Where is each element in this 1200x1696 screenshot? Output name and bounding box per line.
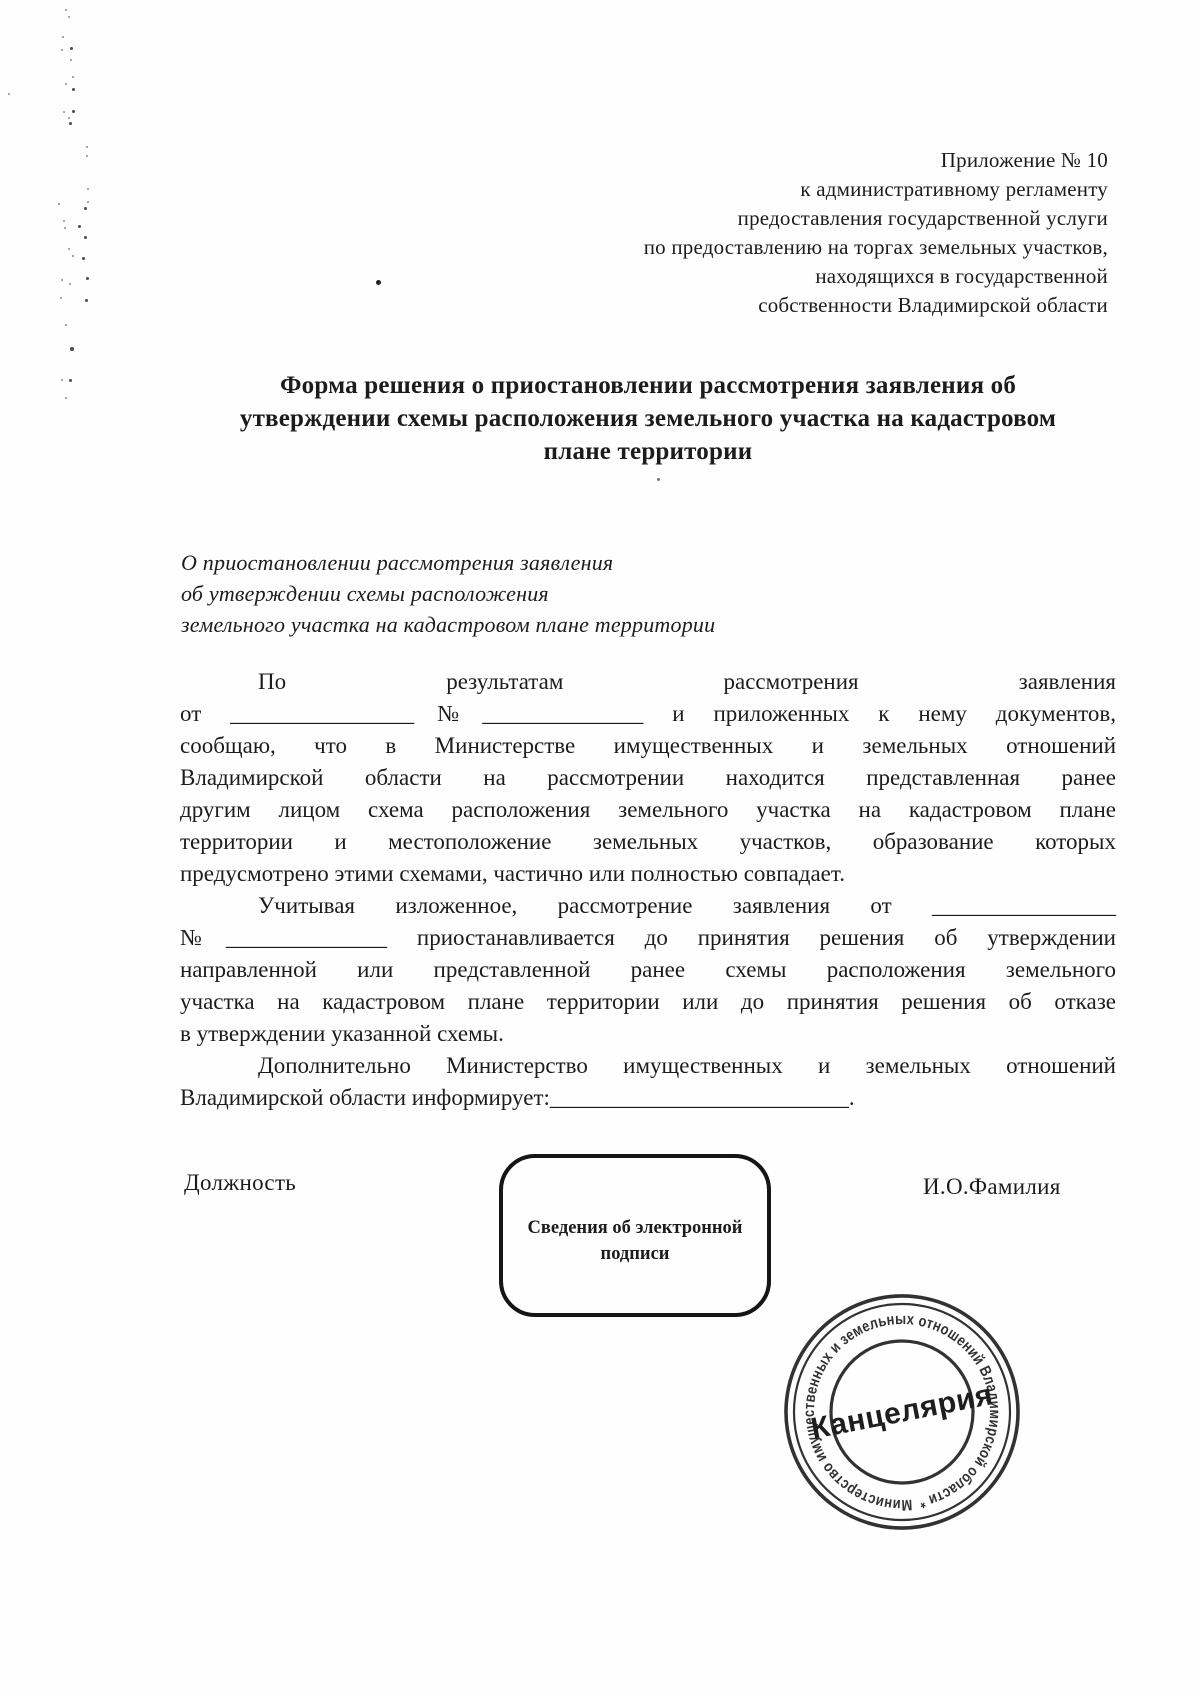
- scan-speckle: [70, 59, 72, 61]
- scan-speckle: [70, 47, 73, 50]
- scan-speckle: [86, 155, 88, 157]
- appendix-note-line: к административному регламенту: [644, 175, 1108, 204]
- body-line: в утверждении указанной схемы.: [180, 1018, 1116, 1050]
- appendix-note-line: собственности Владимирской области: [644, 291, 1108, 320]
- appendix-note-line: по предоставлению на торгах земельных уч…: [644, 233, 1108, 262]
- body-line: территории и местоположение земельных уч…: [180, 826, 1116, 858]
- scan-speckle: [60, 297, 62, 299]
- appendix-note-line: Приложение № 10: [644, 146, 1108, 175]
- subject-line: О приостановлении рассмотрения заявления: [181, 547, 715, 578]
- scan-speckle: [86, 146, 88, 148]
- office-stamp-graphic: Министерство имущественных и земельных о…: [747, 1257, 1057, 1567]
- scan-speckle: [64, 227, 66, 229]
- scan-speckle: [69, 379, 72, 382]
- scan-speckle: [657, 478, 660, 481]
- scan-speckle: [68, 117, 70, 119]
- scan-speckle: [61, 279, 63, 281]
- body-line: направленной или представленной ранее сх…: [180, 954, 1116, 986]
- body-line: от ________________№______________ и при…: [180, 698, 1116, 730]
- scan-speckle: [63, 220, 65, 222]
- scan-speckle: [78, 225, 81, 228]
- body-line: участка на кадастровом плане территории …: [180, 986, 1116, 1018]
- scan-speckle: [8, 93, 10, 95]
- subject-line: земельного участка на кадастровом плане …: [181, 609, 715, 640]
- scan-speckle: [58, 203, 60, 205]
- form-title-line: плане территории: [180, 435, 1116, 468]
- scan-speckle: [65, 83, 67, 85]
- scan-speckle: [87, 201, 89, 203]
- scan-speckle: [61, 379, 63, 381]
- scan-speckle: [72, 88, 75, 91]
- scan-speckle: [62, 36, 64, 38]
- body-line: сообщаю, что в Министерстве имущественны…: [180, 730, 1116, 762]
- subject-line: об утверждении схемы расположения: [181, 578, 715, 609]
- scan-speckle: [84, 236, 87, 239]
- document-page: Приложение № 10 к административному регл…: [0, 0, 1200, 1696]
- scan-speckle: [65, 397, 67, 399]
- body-line: №______________ приостанавливается до пр…: [180, 922, 1116, 954]
- subject-block: О приостановлении рассмотрения заявления…: [181, 547, 715, 640]
- scan-speckle: [85, 299, 88, 302]
- scan-speckle: [70, 347, 74, 351]
- appendix-note-line: находящихся в государственной: [644, 262, 1108, 291]
- scan-speckle: [72, 255, 74, 257]
- scan-speckle: [86, 277, 89, 280]
- scan-speckle: [61, 49, 63, 51]
- body-line: По результатам рассмотрения заявления: [180, 666, 1116, 698]
- appendix-note-line: предоставления государственной услуги: [644, 204, 1108, 233]
- scan-speckle: [84, 207, 87, 210]
- name-label: И.О.Фамилия: [923, 1174, 1061, 1200]
- scan-speckle: [68, 248, 70, 250]
- form-title-line: Форма решения о приостановлении рассмотр…: [180, 369, 1116, 402]
- office-stamp: Министерство имущественных и земельных о…: [747, 1257, 1057, 1567]
- esign-box-text: Сведения об электронной подписи: [522, 1215, 748, 1267]
- scan-speckle: [68, 16, 70, 18]
- scan-speckle: [65, 324, 67, 326]
- body-line: Дополнительно Министерство имущественных…: [180, 1050, 1116, 1082]
- scan-speckle: [69, 283, 71, 285]
- scan-speckle: [72, 76, 74, 78]
- form-title-line: утверждении схемы расположения земельног…: [180, 402, 1116, 435]
- scan-speckle: [72, 110, 75, 113]
- body-line: Владимирской области на рассмотрении нах…: [180, 762, 1116, 794]
- appendix-note: Приложение № 10 к административному регл…: [644, 146, 1108, 320]
- body-line: предусмотрено этими схемами, частично ил…: [180, 858, 1116, 890]
- form-title: Форма решения о приостановлении рассмотр…: [180, 369, 1116, 468]
- body-line: Учитывая изложенное, рассмотрение заявле…: [180, 890, 1116, 922]
- scan-speckle: [82, 257, 85, 260]
- scan-speckle: [376, 280, 381, 285]
- scan-speckle: [63, 111, 65, 113]
- scan-speckle: [65, 9, 67, 11]
- body-line: другим лицом схема расположения земельно…: [180, 794, 1116, 826]
- body-text: По результатам рассмотрения заявления от…: [180, 666, 1116, 1114]
- scan-speckle: [69, 122, 72, 125]
- esign-box: Сведения об электронной подписи: [499, 1154, 771, 1317]
- position-label: Должность: [184, 1170, 296, 1196]
- scan-speckle: [87, 188, 89, 190]
- body-line: Владимирской области информирует:_______…: [180, 1082, 1116, 1114]
